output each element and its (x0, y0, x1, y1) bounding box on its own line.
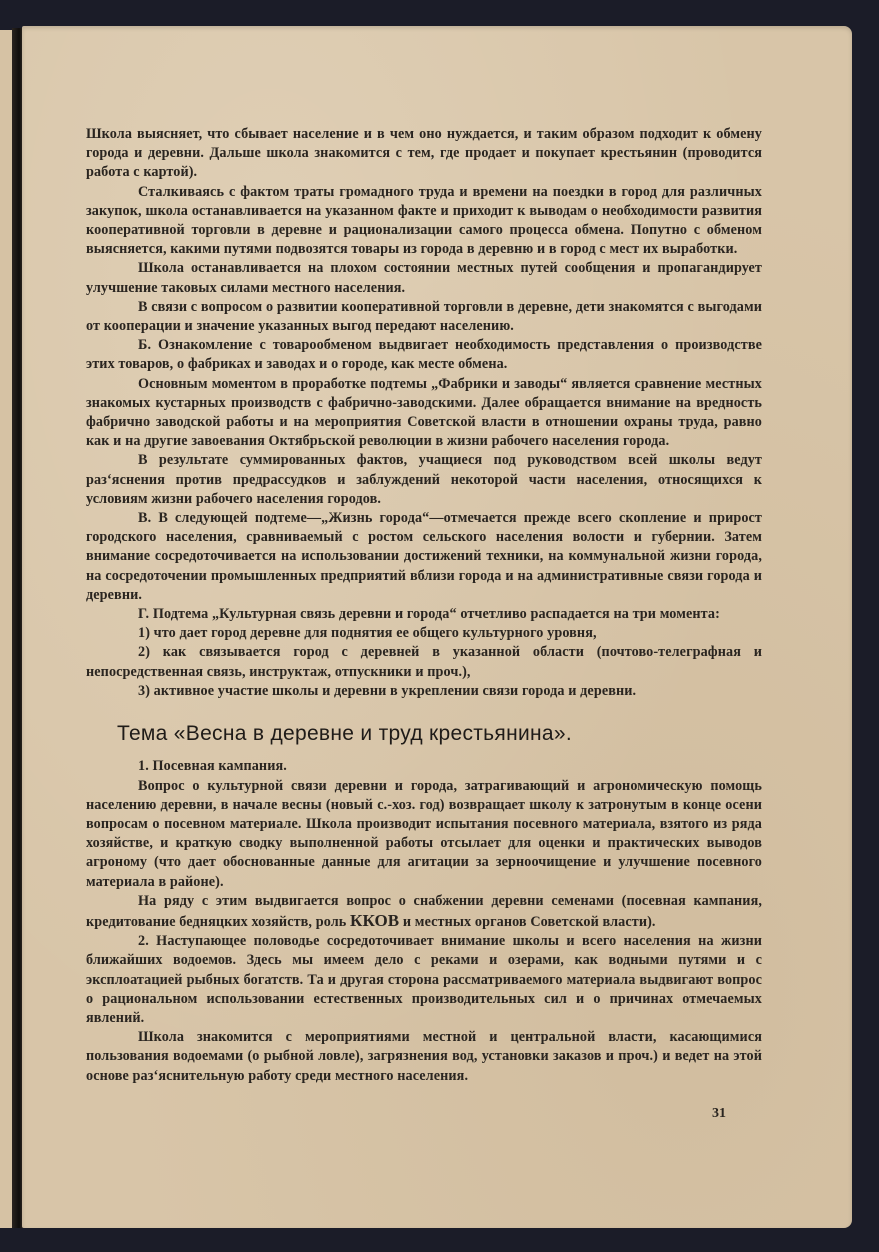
paragraph: В связи с вопросом о развитии кооператив… (86, 298, 762, 336)
page-number: 31 (712, 1106, 726, 1122)
paragraph: Школа выясняет, что сбывает население и … (86, 125, 762, 183)
abbreviation: ККОВ (350, 911, 399, 930)
paragraph: Сталкиваясь с фактом траты громадного тр… (86, 183, 762, 260)
subsection-title: 1. Посевная кампания. (86, 757, 762, 776)
list-item: 2) как связывается город с деревней в ук… (86, 643, 762, 681)
paragraph: В результате суммированных фактов, учащи… (86, 451, 762, 509)
paragraph: На ряду с этим выдвигается вопрос о снаб… (86, 892, 762, 932)
paragraph-subtheme-g: Г. Подтема „Культурная связь деревни и г… (86, 605, 762, 624)
text-span: и местных органов Советской власти). (399, 914, 655, 930)
paragraph-subtheme-v: В. В следующей подтеме—„Жизнь города“—от… (86, 509, 762, 605)
paragraph-subtheme-b: Б. Ознакомление с товарообменом выдвигае… (86, 336, 762, 374)
paragraph: Вопрос о культурной связи деревни и горо… (86, 777, 762, 892)
list-item: 3) активное участие школы и деревни в ук… (86, 682, 762, 701)
paragraph: Основным моментом в проработке подтемы „… (86, 375, 762, 452)
paragraph: Школа знакомится с мероприятиями местной… (86, 1028, 762, 1086)
page-body: Школа выясняет, что сбывает население и … (86, 125, 762, 1086)
paragraph: Школа останавливается на плохом состояни… (86, 259, 762, 297)
list-item: 1) что дает город деревне для поднятия е… (86, 624, 762, 643)
section-heading: Тема «Весна в деревне и труд крестьянина… (117, 724, 762, 743)
paragraph: 2. Наступающее половодье сосредоточивает… (86, 932, 762, 1028)
book-page: Школа выясняет, что сбывает население и … (22, 26, 852, 1228)
